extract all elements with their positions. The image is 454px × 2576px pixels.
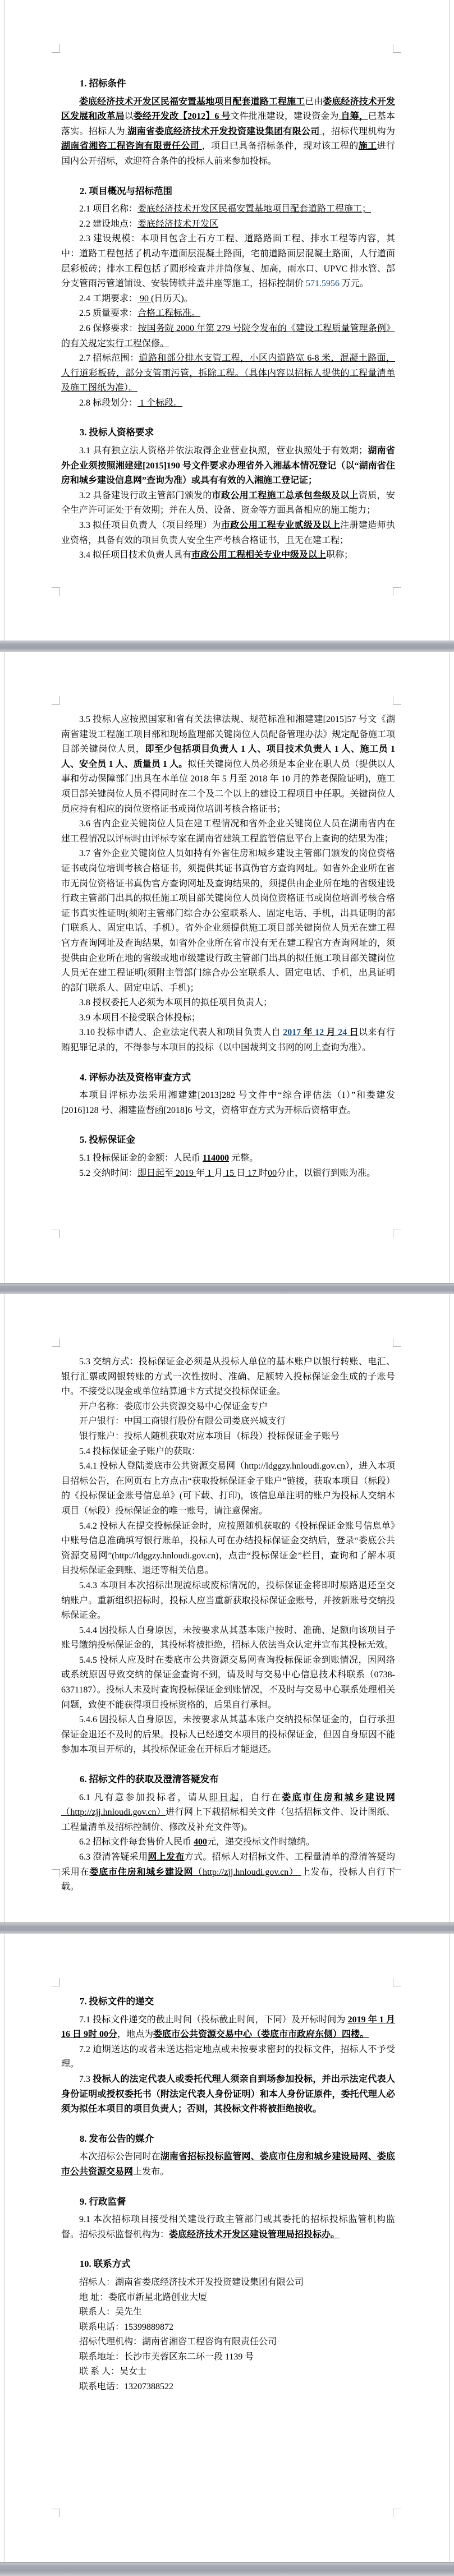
text-run: 年: [301, 1028, 315, 1037]
text-run: 1: [205, 1169, 214, 1178]
section-heading: 7. 投标文件的递交: [61, 1994, 395, 2009]
text-run: 2017: [283, 1028, 301, 1037]
document-viewer: 1. 招标条件娄底经济技术开发区民福安置基地项目配套道路工程施工已由娄底经济技术…: [0, 0, 454, 2576]
page-4-content: 7. 投标文件的递交7.1 投标文件递交的截止时间（投标截止时间，下同）及开标时…: [5, 1934, 449, 2395]
paragraph: 5.4.4 因投标人自身原因，未按要求从其基本账户按时、准确、足额向该项目子账号…: [61, 1623, 395, 1653]
text-run: 月: [214, 1169, 223, 1178]
text-run: 网上发布: [148, 1852, 184, 1862]
paragraph: 5.1 投标保证金的金额：人民币 114000 元整。: [61, 1151, 395, 1166]
text-run: 文件批准建设，建设资金为: [230, 112, 338, 121]
text-run: 元，递交投标文件时缴纳。: [207, 1837, 315, 1847]
text-run: 5.2 交纳时间：: [79, 1169, 137, 1178]
text-run: ，自行在: [240, 1793, 282, 1802]
paragraph: 3.10 投标申请人、企业法定代表人和项目负责人自 2017 年 12 月 24…: [61, 1025, 395, 1055]
text-run: 5.4.2 投标人在提交投标保证金时，应按照随机获取的《投标保证金账号信息单》中…: [61, 1521, 395, 1576]
margin-corner-mark: [52, 1978, 60, 1986]
text-run: 400: [194, 1837, 207, 1847]
text-run: 上发布。: [133, 2167, 169, 2177]
text-run: 娄底经济技术开发区: [137, 219, 218, 229]
page-separator: [0, 1922, 454, 1934]
paragraph: 5.3 交纳方式：投标保证金必须是从投标人单位的基本账户以银行转账、电汇、银行汇…: [61, 1355, 395, 1400]
text-run: 联系电话：15399889872: [79, 2322, 173, 2332]
paragraph: 7.3 投标人的法定代表人或委托代理人须亲自到场参加投标，并出示法定代表人身份证…: [61, 2072, 395, 2117]
text-run: 开户名称：娄底市公共资源交易中心保证金专户: [79, 1402, 268, 1411]
text-run: 9. 行政监督: [80, 2196, 126, 2207]
paragraph: 本次招标公告同时在湖南省招标投标监管网、娄底市住房和城乡建设局网、娄底市公共资源…: [61, 2150, 395, 2179]
text-run: 3.2 具备建设行政主管部门颁发的: [79, 491, 212, 500]
text-run: 5.4.1 投标人登陆娄底市公共资源交易网（http://ldggzy.hnlo…: [61, 1461, 395, 1516]
paragraph: 3.2 具备建设行政主管部门颁发的市政公用工程施工总承包叁级及以上资质，安全生产…: [61, 489, 395, 518]
paragraph: 开户银行：中国工商银行股份有限公司娄底兴城支行: [61, 1414, 395, 1429]
text-run: 娄底市住房和城乡建设网: [282, 1793, 395, 1802]
text-run: 自筹，: [338, 112, 368, 121]
text-run: 联 系 人：吴女士: [79, 2367, 146, 2376]
text-run: 时: [259, 1169, 268, 1178]
margin-corner-mark: [52, 1869, 60, 1878]
text-run: 6.3 澄清答疑采用: [79, 1852, 148, 1862]
margin-corner-mark: [52, 1338, 60, 1347]
margin-corner-mark: [393, 1978, 401, 1986]
text-run: 3.1 具有独立法人资格并依法取得企业营业执照，营业执照处于有效期；: [79, 446, 368, 456]
paragraph: 3.3 拟任项目负责人（项目经理）为市政公用工程专业贰级及以上注册建造师执业资格…: [61, 518, 395, 548]
text-run: 5.3 交纳方式：投标保证金必须是从投标人单位的基本账户以银行转账、电汇、银行汇…: [61, 1357, 395, 1396]
text-run: 17: [245, 1169, 259, 1178]
paragraph: 3.9 本项目不接受联合体投标；: [61, 1011, 395, 1026]
page-2-content: 3.5 投标人应按照国家和省有关法律法规、规范标准和湘建建[2015]57 号文…: [5, 652, 449, 1181]
document-page-3: 5.3 交纳方式：投标保证金必须是从投标人单位的基本账户以银行转账、电汇、银行汇…: [4, 1294, 450, 1922]
text-run: 分止，以银行到账为准。: [277, 1169, 375, 1178]
text-run: 娄底经济技术开发区民福安置基地项目配套道路工程施工；: [137, 204, 371, 214]
text-run: 1. 招标条件: [80, 78, 126, 89]
text-run: 月: [324, 1028, 338, 1037]
text-run: 施工: [359, 141, 377, 151]
text-run: 7.2 逾期送达的或者未送达指定地点或未按要求密封的投标文件，招标人不予受理。: [61, 2045, 395, 2069]
paragraph: 娄底经济技术开发区民福安置基地项目配套道路工程施工已由娄底经济技术开发区发展和改…: [61, 95, 395, 169]
text-run: 元整。: [229, 1153, 258, 1163]
paragraph: 银行账户：投标人随机获取对应本项目（标段）投标保证金子账号: [61, 1429, 395, 1445]
text-run: 地 址：娄底市新星北路创业大厦: [79, 2293, 207, 2302]
text-run: 娄底经济技术开发区民福安置基地项目配套道路工程施工: [79, 97, 305, 107]
text-run: 至: [164, 1169, 173, 1178]
page-separator: [0, 641, 454, 652]
paragraph: 7.2 逾期送达的或者未送达指定地点或未按要求密封的投标文件，招标人不予受理。: [61, 2043, 395, 2072]
text-run: 5.4.5 投标人应及时在娄底市公共资源交易网查询投标保证金到账情况，因网络或系…: [61, 1655, 395, 1710]
paragraph: 3.6 省内企业关键岗位人员在建工程情况和省外企业关键岗位人员在湖南省内在建工程…: [61, 817, 395, 847]
section-heading: 4. 评标办法及资格审查方式: [61, 1070, 395, 1085]
text-run: 5. 投标保证金: [80, 1134, 135, 1145]
text-run: ，招标代理机构为: [322, 127, 395, 136]
text-run: 2.1 项目名称：: [79, 204, 137, 214]
paragraph: 3.8 授权委托人必须为本项目的拟任项目负责人；: [61, 996, 395, 1011]
paragraph: 5.4.6 因投标人自身原因，未按要求从其基本账户交纳投标保证金的，自行承担保证…: [61, 1713, 395, 1758]
page-separator: [0, 2562, 454, 2576]
text-run: 娄经开发改【2012】6 号: [134, 112, 231, 121]
paragraph: 2.8 标段划分： 1 个标段。: [61, 396, 395, 411]
text-run: 90: [137, 294, 151, 303]
text-run: 3.6 省内企业关键岗位人员在建工程情况和省外企业关键岗位人员在湖南省内在建工程…: [61, 819, 395, 844]
paragraph: 2.2 建设地点：娄底经济技术开发区: [61, 217, 395, 232]
text-run: 联系电话：13207388522: [79, 2382, 173, 2391]
paragraph: 7.1 投标文件递交的截止时间（投标截止时间，下同）及开标时间为 2019 年 …: [61, 2013, 395, 2043]
text-run: 娄底市公共资源交易中心（娄底市市政府东侧）四楼。: [153, 2030, 369, 2039]
text-run: 2.5 质量要求：: [79, 309, 137, 318]
paragraph: 联系人：吴先生: [61, 2305, 395, 2320]
text-run: 投标人的法定代表人或委托代理人须亲自到场参加投标，并出示法定代表人身份证明或授权…: [61, 2074, 395, 2114]
section-heading: 2. 项目概况与招标范围: [61, 184, 395, 199]
text-run: 即日起: [137, 1169, 164, 1178]
text-run: 2.7 招标范围：: [79, 353, 139, 363]
text-run: 联系地址：长沙市芙蓉区东二环一段 1139 号: [79, 2352, 254, 2362]
text-run: 12: [315, 1028, 324, 1037]
text-run: 开户银行：中国工商银行股份有限公司娄底兴城支行: [79, 1416, 286, 1426]
text-run: 湖南省娄底经济技术开发投资建设集团有限公司: [125, 127, 322, 136]
margin-corner-mark: [393, 1869, 401, 1878]
text-run: 市政公用工程施工总承包叁级及以上: [212, 491, 359, 500]
document-page-4: 7. 投标文件的递交7.1 投标文件递交的截止时间（投标截止时间，下同）及开标时…: [4, 1934, 450, 2562]
text-run: 2. 项目概况与招标范围: [80, 186, 172, 196]
paragraph: 联系地址：长沙市芙蓉区东二环一段 1139 号: [61, 2350, 395, 2365]
paragraph: 3.5 投标人应按照国家和省有关法律法规、规范标准和湘建建[2015]57 号文…: [61, 712, 395, 817]
section-heading: 6. 招标文件的获取及澄清答疑发布: [61, 1772, 395, 1787]
text-run: 招标代理机构：湖南省湘咨工程咨询有限责任公司: [79, 2337, 277, 2347]
document-page-1: 1. 招标条件娄底经济技术开发区民福安置基地项目配套道路工程施工已由娄底经济技术…: [4, 0, 450, 641]
text-run: 114000: [203, 1153, 229, 1163]
paragraph: 6.3 澄清答疑采用网上发布方式。招标人对招标文件、工程量清单的澄清答疑均采用在…: [61, 1850, 395, 1895]
text-run: 银行账户：投标人随机获取对应本项目（标段）投标保证金子账号: [79, 1432, 340, 1441]
text-run: 7.1 投标文件递交的截止时间（投标截止时间，下同）及开标时间为: [79, 2015, 348, 2025]
paragraph: 3.4 拟任项目技术负责人具有市政公用工程相关专业中级及以上职称；: [61, 548, 395, 563]
text-run: 2.6 保修要求：: [79, 324, 138, 333]
section-heading: 10. 联系方式: [61, 2257, 395, 2272]
paragraph: 6.2 招标文件每套售价人民币 400元，递交投标文件时缴纳。: [61, 1835, 395, 1850]
text-run: 合格工程标准。: [137, 309, 200, 318]
text-run: 2.4 工期要求：: [79, 294, 137, 303]
text-run: 本项目评标办法采用湘建建[2013]282 号文件中“综合评估法（I）”和娄建发…: [61, 1091, 395, 1115]
text-run: 7.3: [79, 2074, 93, 2084]
paragraph: 招标人：湖南省娄底经济技术开发投资建设集团有限公司: [61, 2275, 395, 2290]
paragraph: 6.1 凡有意参加投标者，请从即日起，自行在娄底市住房和城乡建设网（http:/…: [61, 1791, 395, 1836]
paragraph: 3.1 具有独立法人资格并依法取得企业营业执照，营业执照处于有效期；湖南省外企业…: [61, 444, 395, 489]
paragraph: 2.3 建设规模：本项目包含土石方工程、道路路面工程、排水工程等内容，其中：道路…: [61, 232, 395, 291]
margin-corner-mark: [52, 587, 60, 596]
paragraph: 开户名称：娄底市公共资源交易中心保证金专户: [61, 1400, 395, 1415]
text-run: 8. 发布公告的媒介: [80, 2133, 154, 2144]
text-run: 1 个标段。: [137, 398, 182, 408]
text-run: ，项目已具备招标条件，现对该工程的: [202, 141, 359, 151]
text-run: 湖南省湘咨工程咨询有限责任公司: [61, 141, 202, 151]
paragraph: 招标代理机构：湖南省湘咨工程咨询有限责任公司: [61, 2335, 395, 2350]
text-run: 市政公用工程相关专业中级及以上: [191, 550, 326, 560]
paragraph: 本项目评标办法采用湘建建[2013]282 号文件中“综合评估法（I）”和娄建发…: [61, 1088, 395, 1118]
paragraph: 地 址：娄底市新星北路创业大厦: [61, 2290, 395, 2306]
paragraph: 2.1 项目名称：娄底经济技术开发区民福安置基地项目配套道路工程施工；: [61, 202, 395, 217]
text-run: 3.10 投标申请人、企业法定代表人和项目负责人自: [79, 1028, 283, 1037]
text-run: 2.8 标段划分：: [79, 398, 137, 408]
page-3-content: 5.3 交纳方式：投标保证金必须是从投标人单位的基本账户以银行转账、电汇、银行汇…: [5, 1294, 449, 1895]
section-heading: 8. 发布公告的媒介: [61, 2132, 395, 2147]
text-run: 年: [196, 1169, 205, 1178]
paragraph: 2.7 招标范围：道路和部分排水支管工程，小区内道路宽 6-8 米，混凝土路面，…: [61, 351, 395, 396]
paragraph: 3.7 省外企业关键岗位人员如持有外省住房和城乡建设主管部门颁发的岗位资格证书或…: [61, 847, 395, 996]
text-run: 4. 评标办法及资格审查方式: [80, 1072, 191, 1083]
text-run: 5.4 投标保证金子账户的获取：: [79, 1447, 200, 1456]
text-run: 娄底市住房和城乡建设网: [89, 1867, 193, 1877]
margin-corner-mark: [52, 696, 60, 705]
text-run: 市政公用工程专业贰级及以上: [221, 521, 340, 530]
text-run: 3.7 省外企业关键岗位人员如持有外省住房和城乡建设主管部门颁发的岗位资格证书或…: [61, 849, 395, 992]
text-run: 联系人：吴先生: [79, 2307, 142, 2317]
text-run: 24: [338, 1028, 347, 1037]
paragraph: 联 系 人：吴女士: [61, 2365, 395, 2380]
paragraph: 5.4.1 投标人登陆娄底市公共资源交易网（http://ldggzy.hnlo…: [61, 1459, 395, 1519]
text-run: 3.9 本项目不接受联合体投标；: [79, 1013, 200, 1023]
paragraph: 联系电话：13207388522: [61, 2380, 395, 2395]
paragraph: 2.5 质量要求：合格工程标准。: [61, 306, 395, 321]
page-1-content: 1. 招标条件娄底经济技术开发区民福安置基地项目配套道路工程施工已由娄底经济技术…: [5, 0, 449, 563]
text-run: 3.4 拟任项目技术负责人具有: [79, 550, 191, 560]
paragraph: 5.4.2 投标人在提交投标保证金时，应按照随机获取的《投标保证金账号信息单》中…: [61, 1519, 395, 1579]
section-heading: 5. 投标保证金: [61, 1133, 395, 1148]
text-run: 6.1 凡有意参加投标者，请从: [79, 1793, 209, 1802]
section-heading: 3. 投标人资格要求: [61, 425, 395, 440]
margin-corner-mark: [393, 1338, 401, 1347]
paragraph: 联系电话：15399889872: [61, 2320, 395, 2335]
text-run: ，地点为: [117, 2030, 153, 2039]
paragraph: 5.2 交纳时间：即日起至 2019 年 1 月 15 日 17 时00分止，以…: [61, 1166, 395, 1181]
text-run: 3.8 授权委托人必须为本项目的拟任项目负责人；: [79, 998, 272, 1008]
margin-corner-mark: [393, 696, 401, 705]
text-run: 已由: [305, 97, 323, 107]
text-run: (日历天)。: [151, 294, 193, 303]
text-run: 6.2 招标文件每套售价人民币: [79, 1837, 194, 1847]
margin-corner-mark: [393, 587, 401, 596]
paragraph: 9.1 本次招标项目接受相关建设行政主管部门或其委托的招标投标监管机构监督。招标…: [61, 2212, 395, 2242]
text-run: 5.4.3 本项目本次招标出现流标或废标情况的，投标保证金将即时原路退还至交纳账…: [61, 1581, 395, 1620]
margin-corner-mark: [52, 2509, 60, 2517]
text-run: 万元。: [340, 279, 369, 288]
text-run: 日: [236, 1169, 245, 1178]
paragraph: 5.4.5 投标人应及时在娄底市公共资源交易网查询投标保证金到账情况，因网络或系…: [61, 1653, 395, 1713]
page-separator: [0, 1283, 454, 1294]
text-run: 5.4.6 因投标人自身原因，未按要求从其基本账户交纳投标保证金的，自行承担保证…: [61, 1715, 395, 1754]
text-run: 日: [347, 1028, 359, 1037]
margin-corner-mark: [393, 1230, 401, 1238]
section-heading: 1. 招标条件: [61, 76, 395, 91]
text-run: 职称；: [326, 550, 353, 560]
text-run: 娄底经济技术开发区建设管理局招投标办。: [169, 2230, 340, 2239]
text-run: 即日起: [209, 1793, 240, 1802]
text-run: 以: [125, 112, 134, 121]
text-run: 5.1 投标保证金的金额：人民币: [79, 1153, 203, 1163]
text-run: （http://zjj.hnloudi.gov.cn）: [61, 1807, 166, 1817]
margin-corner-mark: [393, 2509, 401, 2517]
text-run: 7. 投标文件的递交: [80, 1996, 154, 2007]
margin-corner-mark: [52, 44, 60, 53]
text-run: 5.4.4 因投标人自身原因，未按要求从其基本账户按时、准确、足额向该项目子账号…: [61, 1626, 395, 1650]
text-run: （http://zjj.hnloudi.gov.cn）: [193, 1867, 301, 1877]
document-page-2: 3.5 投标人应按照国家和省有关法律法规、规范标准和湘建建[2015]57 号文…: [4, 652, 450, 1283]
text-run: 571.5956: [306, 279, 340, 288]
text-run: 2019: [173, 1169, 196, 1178]
paragraph: 2.4 工期要求： 90 (日历天)。: [61, 292, 395, 307]
text-run: 招标人：湖南省娄底经济技术开发投资建设集团有限公司: [79, 2278, 304, 2287]
paragraph: 2.6 保修要求：按国务院 2000 年第 279 号院令发布的《建设工程质量管…: [61, 321, 395, 351]
section-heading: 9. 行政监督: [61, 2195, 395, 2210]
text-run: 本次招标公告同时在: [79, 2152, 160, 2161]
text-run: 3. 投标人资格要求: [80, 427, 154, 438]
text-run: 15: [223, 1169, 236, 1178]
margin-corner-mark: [52, 1230, 60, 1238]
text-run: 3.3 拟任项目负责人（项目经理）为: [79, 521, 221, 530]
text-run: 6. 招标文件的获取及澄清答疑发布: [80, 1774, 219, 1784]
paragraph: 5.4 投标保证金子账户的获取：: [61, 1445, 395, 1460]
margin-corner-mark: [393, 44, 401, 53]
paragraph: 5.4.3 本项目本次招标出现流标或废标情况的，投标保证金将即时原路退还至交纳账…: [61, 1579, 395, 1623]
text-run: 10. 联系方式: [80, 2258, 131, 2269]
text-run: 00: [268, 1169, 277, 1178]
text-run: 2.2 建设地点：: [79, 219, 137, 229]
